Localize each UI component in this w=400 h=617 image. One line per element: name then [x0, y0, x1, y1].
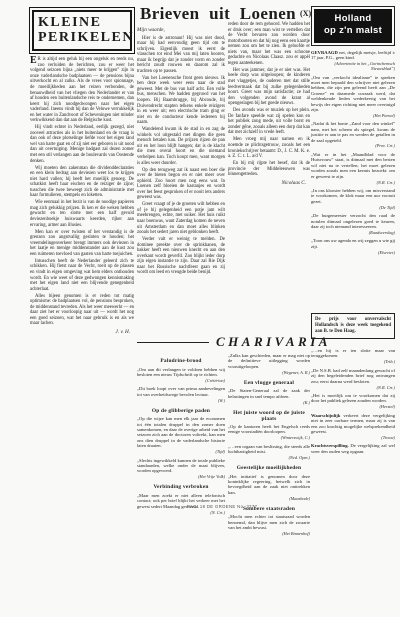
paragraph: Hier is de astronaut! Hij was niet dood,… [137, 36, 225, 75]
page-title: Brieven uit Loenen [140, 4, 296, 23]
letter-paragraphs-a: Hier is de astronaut! Hij was niet dood,… [137, 36, 225, 276]
source-attribution: (Winterswijk, C.) [228, 435, 310, 440]
holland-column: Holland op z'n malst GEVRAAGD net, degel… [311, 6, 395, 258]
paragraph: reden door de rem gehoord. We hadden het… [228, 22, 310, 66]
paragraph-text: R is altijd een geluk bij een ongeluk en… [30, 57, 134, 123]
clipping-item: „De Staten-Generaal zal de zaak der bela… [228, 388, 310, 404]
section-subhead: Op de glibberige paden [137, 408, 225, 414]
source-attribution: (N.R. Crt.) [311, 385, 395, 390]
source-attribution: (Prov. Crt.) [311, 143, 395, 148]
heading-rule [137, 342, 209, 343]
column-title-line: PERIKELEN [38, 30, 126, 45]
section-subhead: Paludrine-brood [137, 358, 225, 364]
page-footer: PAG. 18 DE GROENE No. 3277 [187, 504, 257, 509]
source-attribution: (N.R. Crt.) [311, 180, 395, 185]
paragraph: Het was jammer, dat je er niet was. Het … [228, 68, 310, 107]
source-attribution: (Het Binnenhof) [228, 531, 310, 536]
paragraph: Des avonds was er muziek op het plein. D… [228, 108, 310, 136]
holland-title-line: Holland [316, 13, 390, 25]
clipping-item: „De N.S.B. had zelf maandenlang gewacht … [311, 368, 395, 390]
holland-title-line: op z'n malst [316, 25, 390, 37]
paragraph: Op den terugweg zat ik naast een boer di… [137, 168, 225, 201]
dropcap: E [30, 57, 37, 65]
source-attribution: (N. Crt.) [137, 510, 225, 515]
title-mark: (X) [300, 9, 311, 18]
source-attribution: (Herstel) [311, 404, 395, 409]
clipping-item: „…een orgaan van beslissing, die steeds … [228, 444, 310, 460]
section-subhead: Geestelijke moeilijkheden [228, 465, 310, 471]
paragraph: Greet vraagt of je de groeten wilt hebbe… [137, 202, 225, 235]
holland-title-box: Holland op z'n malst [311, 6, 395, 46]
paragraph: En bij mij rijpte het besef, dat ik de p… [228, 161, 310, 178]
source-attribution: (K.) [228, 400, 310, 405]
clipping-item: Waarschijnlijk verkeert deze vergelijkin… [311, 413, 395, 440]
source-attribution: (Ned. Opm.) [228, 455, 310, 460]
section-subhead: Het juiste woord op de juiste plaats [228, 410, 310, 422]
source-attribution: (Elsevier) [311, 250, 395, 255]
paragraph: Alles bijeen genomen is er reden tot mat… [30, 294, 134, 327]
source-attribution: (De Tijd) [311, 205, 395, 210]
letter-paragraphs-b: reden door de rem gehoord. We hadden het… [228, 22, 310, 178]
clipping-item: GEVRAAGD net, degelijk meisje, leeftijd … [311, 50, 395, 71]
kleine-perikelen-column: KLEINE PERIKELEN ER is altijd een geluk … [30, 8, 134, 335]
section-subhead: Een vlugge generaal [228, 380, 310, 386]
clipping-item: „Zulks kan geschieden, maar er mag niet … [228, 353, 310, 375]
holland-title-bar: Holland op z'n malst [314, 9, 392, 43]
source-attribution: (Tijd) [137, 449, 225, 454]
charivaria-column-left: Paludrine-brood„Om aan dit verlangen te … [137, 353, 225, 518]
charivaria-heading-row: CHARIVARIA [137, 334, 309, 350]
column-title-line: KLEINE [38, 15, 126, 30]
clipping-item: „Op die wijze kan men elk jaar de econom… [137, 416, 225, 454]
clipping-item: „Wat er in het „Maandblad voor de Huisvr… [311, 152, 395, 185]
clipping-item: „Het is moeilijk om te voorkomen dat zij… [311, 393, 395, 409]
source-attribution: (Het Parool) [311, 113, 395, 118]
clipping-item: „Slechts ingewikkeld kunnen de totale pu… [137, 458, 225, 480]
clipping-item: „Om aan dit verlangen te voldoen hebben … [137, 367, 225, 383]
source-attribution: (Advertentie in het „Gorinchemsch Nieuws… [311, 61, 395, 71]
paragraph: ER is altijd een geluk bij een ongeluk e… [30, 57, 134, 124]
section-subhead: Verbinding verbroken [137, 484, 225, 490]
clipping-item: „…en hij is er ten slotte maar van terug… [311, 348, 395, 364]
paragraph: Hij vindt echter in Nederland, eerlijk g… [30, 125, 134, 164]
clipping-item: „Dit boek loopt over van prima aanbeveli… [137, 386, 225, 402]
source-attribution: (Maasbode) [228, 496, 310, 501]
source-attribution: (Raadsverslag) [311, 230, 395, 235]
letter-salutation: Mijn waarde, [137, 27, 225, 33]
paragraph: Van het Loenensche front geen nieuws. Ik… [137, 76, 225, 126]
source-attribution: (W.) [137, 398, 225, 403]
paragraph: Intusschen heeft de Nederlander geleerd … [30, 259, 134, 292]
clipping-item: „Mocht men echter tot staatsraad worden … [228, 514, 310, 536]
clipping-item: „In ons klooster hebben wij, om misverst… [311, 188, 395, 210]
author-signature: J. v. H. [30, 329, 134, 335]
holland-items: GEVRAAGD net, degelijk meisje, leeftijd … [311, 50, 395, 255]
letter-column-b: reden door de rem gehoord. We hadden het… [228, 22, 310, 186]
source-attribution: (Trib.) [311, 359, 395, 364]
paragraph: Wandelend kwam ik de stad in en zag de w… [137, 127, 225, 166]
source-attribution: (Wegener, A. R.) [228, 370, 310, 375]
clipping-item: „Toon ons uw agenda en wij zeggen u wie … [311, 238, 395, 254]
clipping-item: „De burgemeester verzocht den raad de no… [311, 213, 395, 235]
clipping-item: „Op de kantoren heeft het Engelsch reeds… [228, 424, 310, 440]
kleine-perikelen-title-box: KLEINE PERIKELEN [32, 10, 132, 51]
paragraph: Men kan er over twisten of het verstandi… [30, 230, 134, 258]
paragraph: Wij moeten den zakenman die dividenddecl… [30, 166, 134, 199]
paragraph: Verder valt er weinig te melden. De domi… [137, 237, 225, 276]
main-title-block: Brieven uit Loenen(X) [140, 4, 310, 24]
source-attribution: (Het Vrije Volk) [137, 474, 225, 479]
source-attribution: (Crétérion) [137, 378, 225, 383]
letter-column-a: Mijn waarde, Hier is de astronaut! Hij w… [137, 27, 225, 277]
clipping-item: „Om van „verkocht idealisme” te spreken … [311, 75, 395, 118]
clipping-item: Krachtsverspilling. De vergelijking zal … [311, 443, 395, 454]
clipping-item: „Het initiatief is genomen door deze kon… [228, 474, 310, 501]
charivaria-column-right: „…en hij is er ten slotte maar van terug… [311, 348, 395, 458]
paragraph: Men vroeg mij naar namen en ik noemde ze… [228, 137, 310, 159]
paragraph: Wie eenmaal in het bezit is van de noodi… [30, 200, 134, 228]
newspaper-page: KLEINE PERIKELEN ER is altijd een geluk … [0, 0, 400, 617]
letter-signature: Nicolaas C. [228, 180, 310, 186]
charivaria-column-middle: „Zulks kan geschieden, maar er mag niet … [228, 353, 310, 540]
clipping-item: „Nadat ik het bonte „Zand voor den winke… [311, 121, 395, 148]
kleine-paragraphs: Hij vindt echter in Nederland, eerlijk g… [30, 125, 134, 327]
source-attribution: (Trouw) [311, 435, 395, 440]
